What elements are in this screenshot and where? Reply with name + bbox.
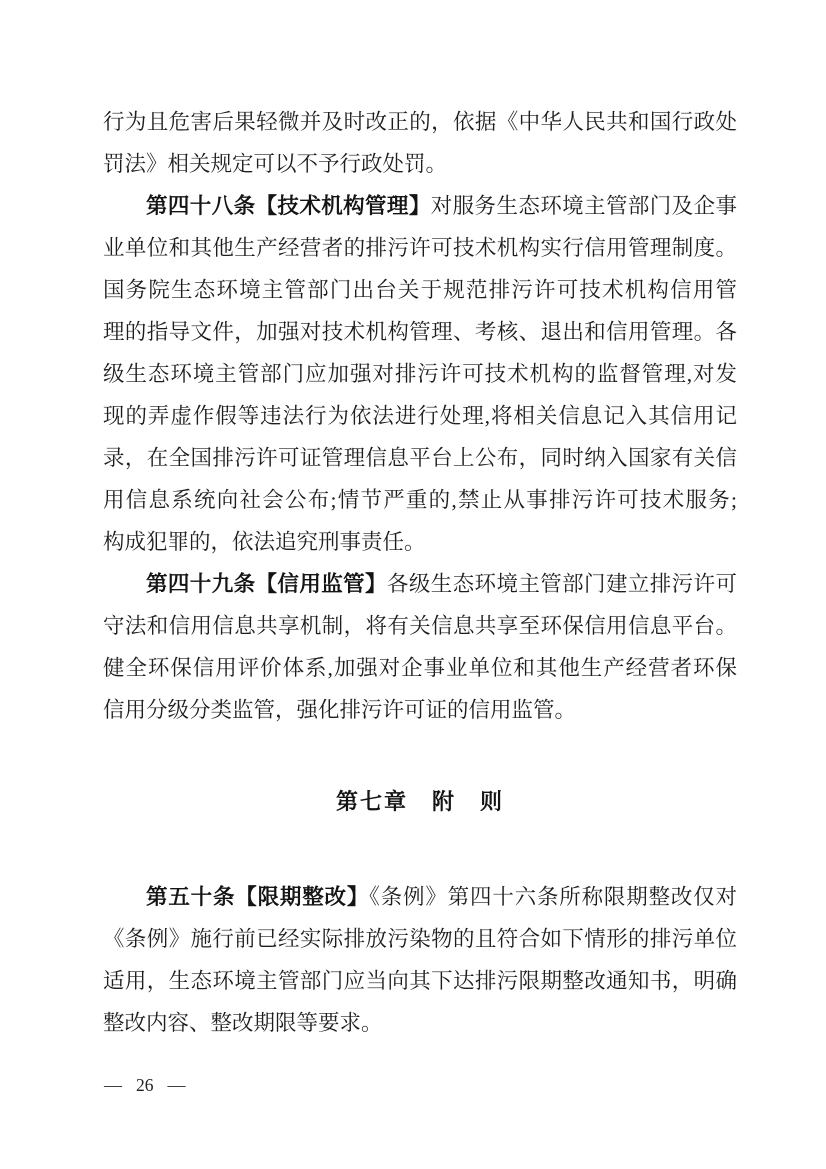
text-line: 用信息系统向社会公布;情节严重的,禁止从事排污许可技术服务; — [103, 479, 737, 521]
line-text: 国务院生态环境主管部门出台关于规范排污许可技术机构信用管 — [103, 278, 737, 302]
line-text: 级生态环境主管部门应加强对排污许可技术机构的监督管理,对发 — [103, 362, 737, 386]
text-line: 录，在全国排污许可证管理信息平台上公布，同时纳入国家有关信 — [103, 437, 737, 479]
page-number: 26 — [136, 1075, 154, 1095]
text-line: 守法和信用信息共享机制，将有关信息共享至环保信用信息平台。 — [103, 605, 737, 647]
document-page: 行为且危害后果轻微并及时改正的，依据《中华人民共和国行政处罚法》相关规定可以不予… — [0, 0, 826, 1169]
line-text: 用信息系统向社会公布;情节严重的,禁止从事排污许可技术服务; — [103, 488, 737, 512]
line-text: 现的弄虚作假等违法行为依法进行处理,将相关信息记入其信用记 — [103, 404, 737, 428]
line-text: 适用，生态环境主管部门应当向其下达排污限期整改通知书，明确 — [103, 969, 737, 993]
text-line: 第四十八条【技术机构管理】对服务生态环境主管部门及企事 — [103, 185, 737, 227]
line-text: 业单位和其他生产经营者的排污许可技术机构实行信用管理制度。 — [103, 236, 737, 260]
text-line: 构成犯罪的，依法追究刑事责任。 — [103, 521, 737, 563]
line-text: 健全环保信用评价体系,加强对企事业单位和其他生产经营者环保 — [103, 656, 737, 680]
text-line: 整改内容、整改期限等要求。 — [103, 1002, 737, 1044]
page-footer: — 26 — — [104, 1075, 186, 1095]
text-line: 现的弄虚作假等违法行为依法进行处理,将相关信息记入其信用记 — [103, 395, 737, 437]
article-heading: 第四十九条【信用监管】 — [146, 572, 387, 596]
document-body: 行为且危害后果轻微并及时改正的，依据《中华人民共和国行政处罚法》相关规定可以不予… — [103, 101, 737, 1044]
line-text: 行为且危害后果轻微并及时改正的，依据《中华人民共和国行政处 — [103, 110, 737, 134]
text-line: 国务院生态环境主管部门出台关于规范排污许可技术机构信用管 — [103, 269, 737, 311]
footer-dash-right: — — [168, 1075, 186, 1095]
text-line: 罚法》相关规定可以不予行政处罚。 — [103, 143, 737, 185]
article-heading: 第四十八条【技术机构管理】 — [146, 194, 431, 218]
text-line: 理的指导文件，加强对技术机构管理、考核、退出和信用管理。各 — [103, 311, 737, 353]
text-line: 级生态环境主管部门应加强对排污许可技术机构的监督管理,对发 — [103, 353, 737, 395]
text-line: 业单位和其他生产经营者的排污许可技术机构实行信用管理制度。 — [103, 227, 737, 269]
line-text: 守法和信用信息共享机制，将有关信息共享至环保信用信息平台。 — [103, 614, 737, 638]
line-text: 《条例》第四十六条所称限期整改仅对 — [369, 885, 737, 909]
text-line: 第四十九条【信用监管】各级生态环境主管部门建立排污许可 — [103, 563, 737, 605]
line-text: 对服务生态环境主管部门及企事 — [431, 194, 737, 218]
chapter-heading: 第七章 附 则 — [103, 781, 737, 823]
text-line: 第五十条【限期整改】《条例》第四十六条所称限期整改仅对 — [103, 876, 737, 918]
line-text: 整改内容、整改期限等要求。 — [103, 1011, 383, 1035]
line-text: 《条例》施行前已经实际排放污染物的且符合如下情形的排污单位 — [103, 927, 737, 951]
text-line: 适用，生态环境主管部门应当向其下达排污限期整改通知书，明确 — [103, 960, 737, 1002]
text-line: 健全环保信用评价体系,加强对企事业单位和其他生产经营者环保 — [103, 647, 737, 689]
text-line: 行为且危害后果轻微并及时改正的，依据《中华人民共和国行政处 — [103, 101, 737, 143]
text-line: 信用分级分类监管，强化排污许可证的信用监管。 — [103, 689, 737, 731]
article-heading: 第五十条【限期整改】 — [146, 885, 369, 909]
line-text: 构成犯罪的，依法追究刑事责任。 — [103, 530, 426, 554]
footer-dash-left: — — [104, 1075, 122, 1095]
text-line: 《条例》施行前已经实际排放污染物的且符合如下情形的排污单位 — [103, 918, 737, 960]
line-text: 录，在全国排污许可证管理信息平台上公布，同时纳入国家有关信 — [103, 446, 737, 470]
line-text: 罚法》相关规定可以不予行政处罚。 — [103, 152, 447, 176]
line-text: 各级生态环境主管部门建立排污许可 — [387, 572, 737, 596]
line-text: 理的指导文件，加强对技术机构管理、考核、退出和信用管理。各 — [103, 320, 737, 344]
line-text: 信用分级分类监管，强化排污许可证的信用监管。 — [103, 698, 576, 722]
